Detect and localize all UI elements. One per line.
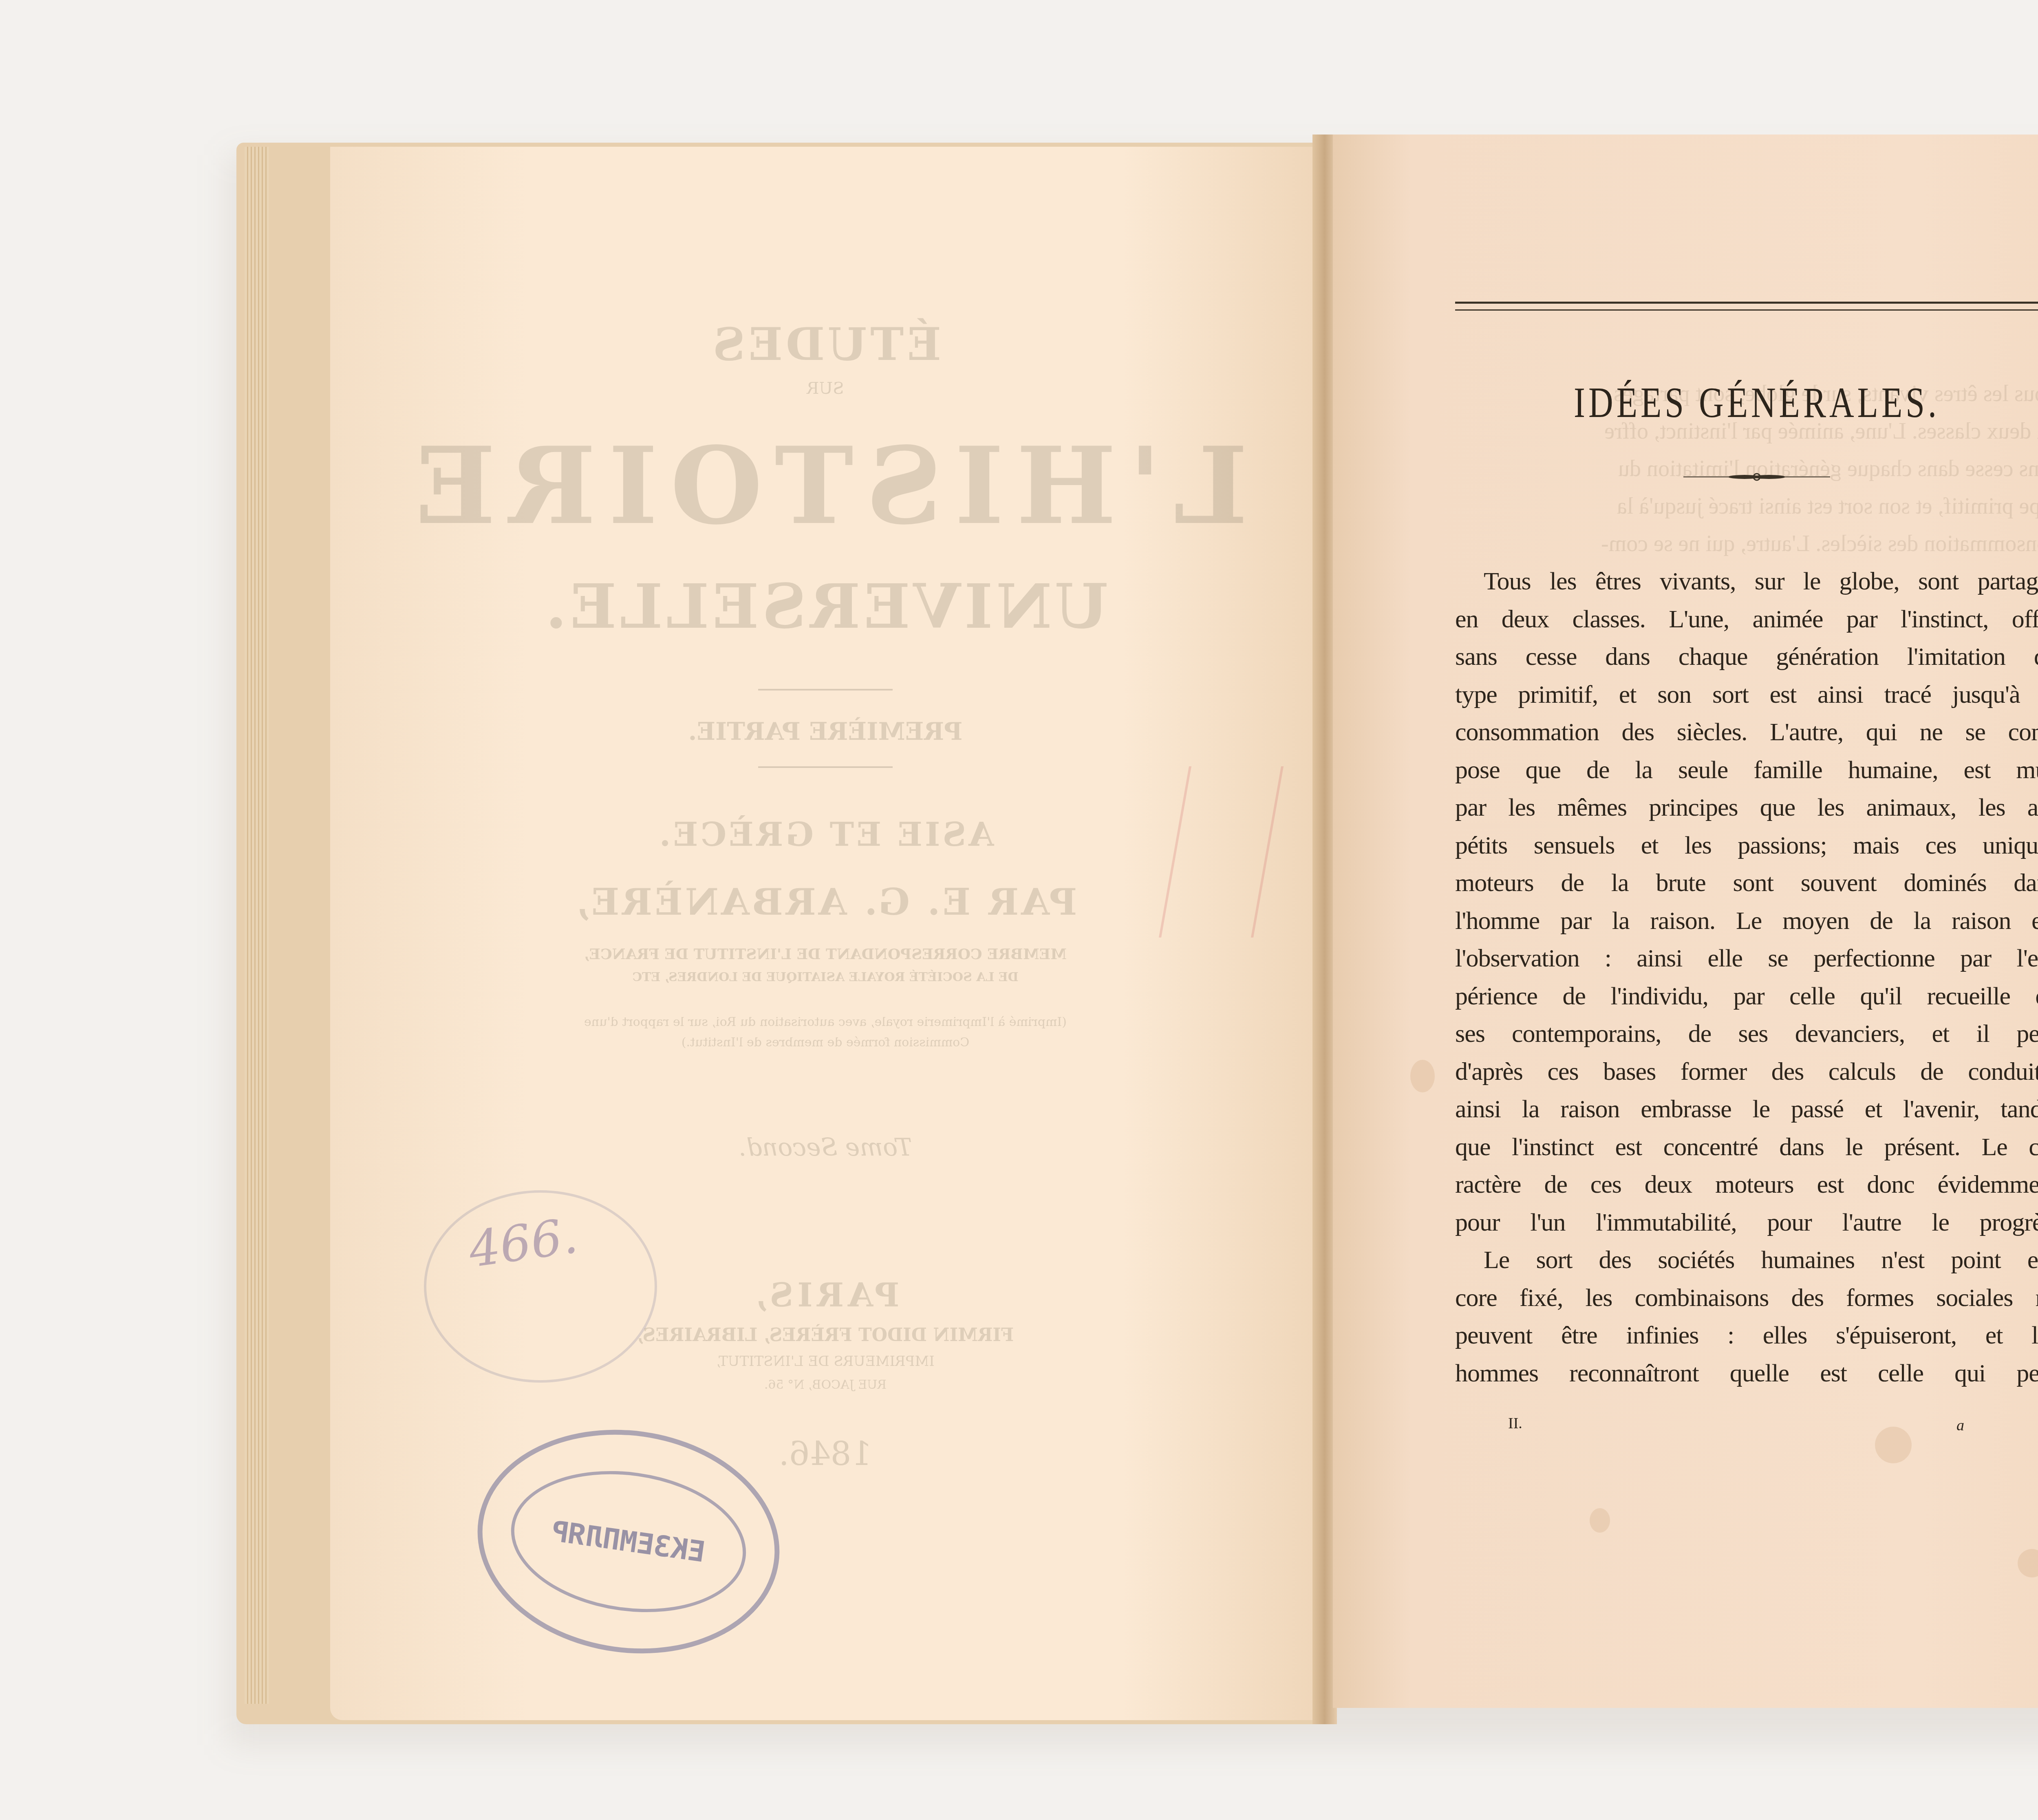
show-through-line: DE LA SOCIÉTÉ ROYALE ASIATIQUE DE LONDRE… — [330, 970, 1321, 984]
show-through-line: (Imprimé à l'Imprimerie royale, avec aut… — [330, 1015, 1321, 1029]
show-through-line: 1846. — [330, 1435, 1321, 1473]
text-line: pétits sensuels et les passions; mais ce… — [1455, 827, 2038, 865]
text-line: moteurs de la brute sont souvent dominés… — [1455, 864, 2038, 902]
text-line: ses contemporains, de ses devanciers, et… — [1455, 1015, 2038, 1053]
show-through-rule — [758, 689, 893, 690]
show-through-line: L'HISTOIRE — [330, 424, 1321, 548]
foxing-spot — [1410, 1060, 1435, 1092]
show-through-line: PREMIÈRE PARTIE. — [330, 717, 1321, 746]
text-line: l'homme par la raison. Le moyen de la ra… — [1455, 902, 2038, 940]
text-line: consommation des siècles. L'autre, qui n… — [1455, 713, 2038, 751]
body-text: Tous les êtres vivants, sur le globe, so… — [1455, 563, 2038, 1392]
stamp-inner-ring: ЕКЗЕМПЛЯР — [502, 1456, 755, 1626]
show-through-line: type primitif, et son sort est ainsi tra… — [1451, 488, 2038, 525]
text-line: ractère de ces deux moteurs est donc évi… — [1455, 1166, 2038, 1204]
text-line: périence de l'individu, par celle qu'il … — [1455, 977, 2038, 1015]
show-through-line: SUR — [330, 379, 1321, 398]
text-line: en deux classes. L'une, animée par l'ins… — [1455, 600, 2038, 638]
signature-mark-volume: II. — [1508, 1414, 1522, 1432]
text-line: Le sort des sociétés humaines n'est poin… — [1455, 1241, 2038, 1279]
show-through-line: ÉTUDES — [330, 318, 1321, 371]
show-through-line: RUE JACOB, N° 56. — [330, 1378, 1321, 1392]
text-line: l'observation : ainsi elle se perfection… — [1455, 940, 2038, 977]
show-through-line: sans cesse dans chaque génération l'imit… — [1451, 450, 2038, 488]
text-line: par les mêmes principes que les animaux,… — [1455, 789, 2038, 827]
text-line: hommes reconnaîtront quelle est celle qu… — [1455, 1355, 2038, 1392]
text-line: type primitif, et son sort est ainsi tra… — [1455, 676, 2038, 714]
text-line: ainsi la raison embrasse le passé et l'a… — [1455, 1090, 2038, 1128]
show-through-line: UNIVERSELLE. — [330, 571, 1321, 642]
text-line: pour l'un l'immutabilité, pour l'autre l… — [1455, 1204, 2038, 1242]
text-line: pose que de la seule famille humaine, es… — [1455, 751, 2038, 789]
text-line: que l'instinct est concentré dans le pré… — [1455, 1128, 2038, 1166]
text-line: d'après ces bases former des calculs de … — [1455, 1053, 2038, 1091]
chapter-title: IDÉES GÉNÉRALES. — [1455, 378, 2038, 428]
text-line: Tous les êtres vivants, sur le globe, so… — [1455, 563, 2038, 600]
show-through-line: Tome Second. — [330, 1133, 1321, 1162]
show-through-line: ASIE ET GRÈCE. — [330, 815, 1321, 854]
text-line: peuvent être infinies : elles s'épuisero… — [1455, 1317, 2038, 1355]
show-through-line: MEMBRE CORRESPONDANT DE L'INSTITUT DE FR… — [330, 946, 1321, 963]
foxing-spot — [1590, 1508, 1610, 1533]
text-line: core fixé, les combinaisons des formes s… — [1455, 1279, 2038, 1317]
stamp-text: ЕКЗЕМПЛЯР — [549, 1514, 707, 1569]
text-line: sans cesse dans chaque génération l'imit… — [1455, 638, 2038, 676]
foxing-spot — [1875, 1427, 1912, 1463]
show-through-line: Commission formée de membres de l'Instit… — [330, 1035, 1321, 1050]
ornament-icon — [1683, 473, 1830, 481]
show-through-line: consommation des siècles. L'autre, qui n… — [1451, 525, 2038, 563]
double-rule — [1455, 302, 2038, 311]
show-through-rule — [758, 766, 893, 768]
signature-mark-letter: a — [1956, 1416, 1964, 1434]
